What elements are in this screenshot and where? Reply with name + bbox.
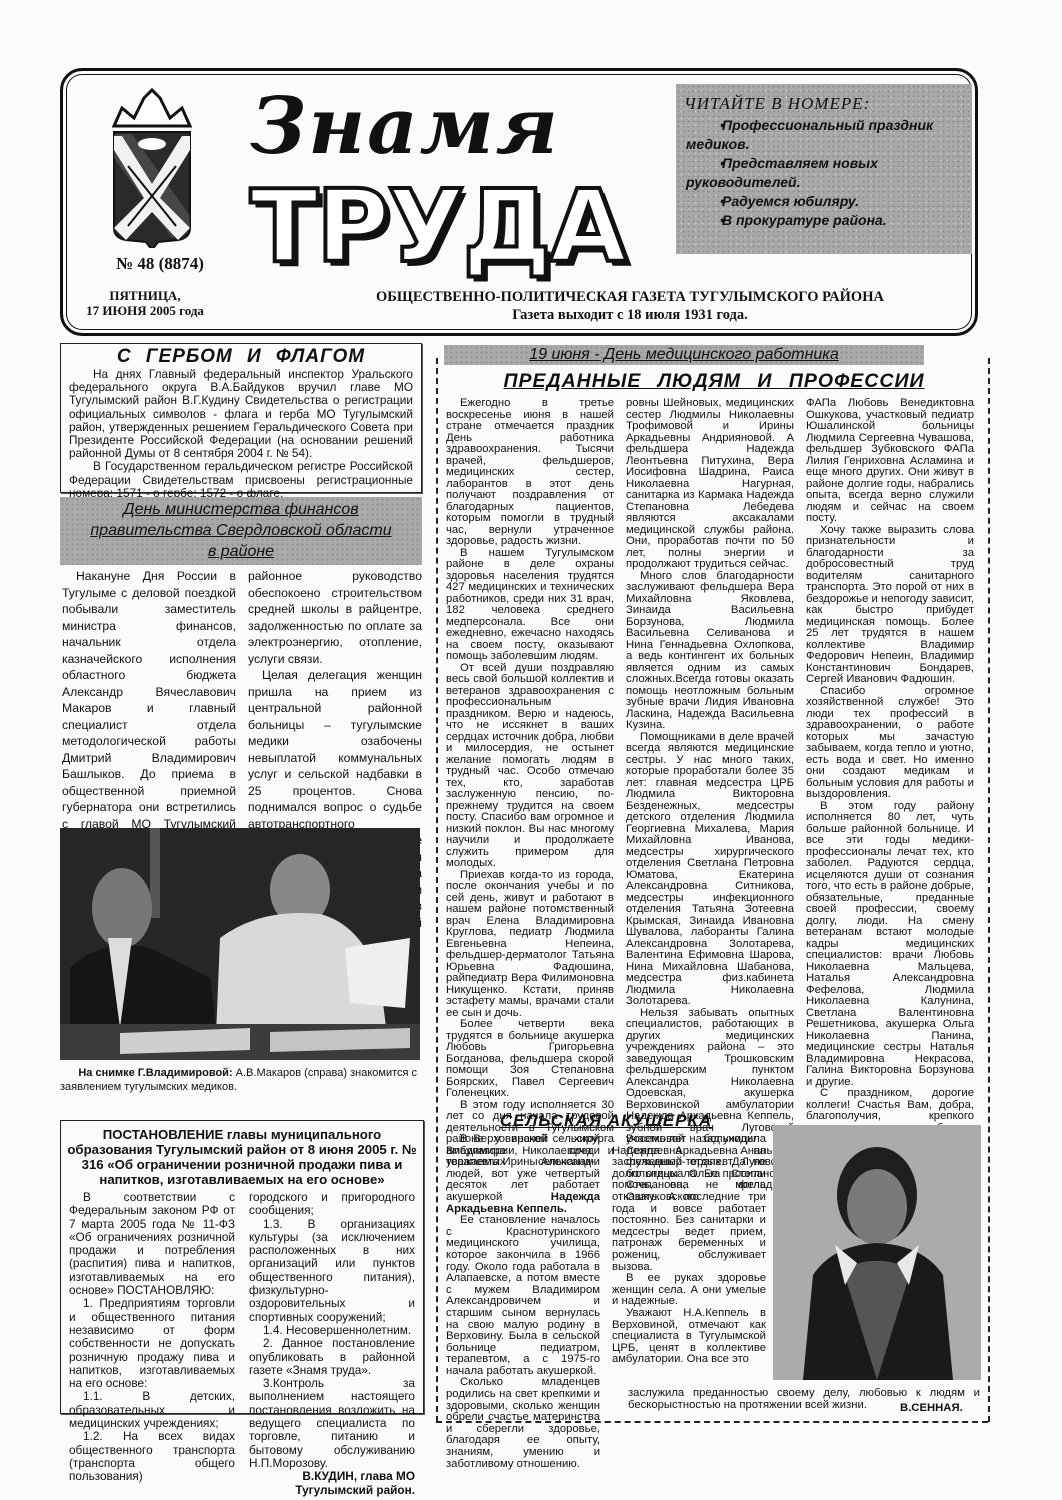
caption-credit: На снимке Г.Владимировой: — [78, 1067, 232, 1079]
coat-of-arms-icon — [92, 88, 212, 248]
weekday: ПЯТНИЦА, — [60, 288, 230, 303]
newspaper-title-block: ТРУДА — [250, 172, 625, 282]
paragraph: 2. Данное постановление опубликовать в р… — [249, 1337, 415, 1377]
founded-line: Газета выходит с 18 июля 1931 года. — [330, 306, 930, 324]
paragraph: 1.4. Несовершеннолетним. — [249, 1324, 415, 1337]
resolution-title: ПОСТАНОВЛЕНИЕ главы муниципального образ… — [67, 1127, 417, 1187]
in-this-issue-title: ЧИТАЙТЕ В НОМЕРЕ: — [676, 84, 972, 116]
paragraph: От всей души поздравляю весь свой большо… — [446, 663, 614, 870]
issue-number: № 48 (8874) — [60, 254, 260, 274]
in-this-issue-item[interactable]: Представляем новых руководителей. — [686, 154, 964, 192]
paragraph: Ежегодно в третье воскресенье июня в наш… — [446, 398, 614, 548]
title-line: День министерства финансов — [123, 501, 358, 518]
column: Восемь лет назад уходила Надежда Аркадье… — [612, 1134, 766, 1470]
in-this-issue-item[interactable]: Профессиональный праздник медиков. — [686, 116, 964, 154]
column: В соответствии с Федеральным законом РФ … — [69, 1191, 235, 1497]
paragraph: 1.3. В организациях культуры (за исключе… — [249, 1218, 415, 1324]
column: ФАПа Любовь Венедиктовна Ошкукова, участ… — [806, 398, 974, 1203]
date: 17 ИЮНЯ 2005 года — [60, 303, 230, 318]
in-this-issue-item[interactable]: В прокуратуре района. — [686, 211, 964, 230]
article-author: В.СЕННАЯ. — [900, 1402, 963, 1414]
paragraph: городского и пригородного сообщения; — [249, 1191, 415, 1218]
medical-article-title: ПРЕДАННЫЕ ЛЮДЯМ И ПРОФЕССИИ — [444, 370, 984, 393]
paragraph: Более четверти века трудятся в больнице … — [446, 1019, 614, 1100]
paragraph: 1. Предприятиям торговли и общественного… — [69, 1297, 235, 1390]
photo-officials-at-desk — [60, 828, 420, 1060]
paragraph: Хочу также выразить слова признательност… — [806, 525, 974, 686]
in-this-issue-box: ЧИТАЙТЕ В НОМЕРЕ: Профессиональный празд… — [676, 84, 972, 254]
column: городского и пригородного сообщения; 1.3… — [249, 1191, 415, 1497]
photo-caption: На снимке Г.Владимировой: А.В.Макаров (с… — [60, 1066, 422, 1094]
paragraph: 3.Контроль за выполнением настоящего пос… — [249, 1377, 415, 1470]
paragraph: Сколько младенцев родились на свет крепк… — [446, 1377, 600, 1470]
article-title: С ГЕРБОМ И ФЛАГОМ — [61, 346, 421, 368]
paragraph: Много слов благодарности заслуживают фел… — [626, 571, 794, 732]
coat-article: С ГЕРБОМ И ФЛАГОМ На днях Главный федера… — [60, 343, 422, 493]
paragraph: В этом году району исполняется 80 лет, ч… — [806, 801, 974, 1089]
medical-article-body: Ежегодно в третье воскресенье июня в наш… — [446, 398, 976, 1203]
newspaper-title-script: Знамя — [250, 82, 560, 172]
signature: Тугулымский район. — [249, 1484, 415, 1497]
paragraph: Приехав когда-то из города, после оконча… — [446, 870, 614, 1020]
medical-kicker: 19 июня - День медицинского работника — [444, 345, 924, 365]
article-body: На днях Главный федеральный инспектор Ур… — [61, 368, 421, 500]
resolution-box: ПОСТАНОВЛЕНИЕ главы муниципального образ… — [60, 1120, 424, 1414]
dashed-frame-bottom — [436, 1421, 988, 1423]
column: ровны Шейновых, медицинских сестер Людми… — [626, 398, 794, 1203]
paragraph: Уважают Н.А.Кеппель в Верховиной, отмеча… — [612, 1308, 766, 1366]
paragraph: Ее становление началось с Краснотуринско… — [446, 1215, 600, 1377]
paragraph: В соответствии с Федеральным законом РФ … — [69, 1191, 235, 1297]
subtitle-line: ОБЩЕСТВЕННО-ПОЛИТИЧЕСКАЯ ГАЗЕТА ТУГУЛЫМС… — [330, 288, 930, 306]
rural-article-body: В Верховинской сельской амбулатории, сре… — [446, 1134, 766, 1470]
signature: В.КУДИН, глава МО — [249, 1470, 415, 1483]
paragraph: На днях Главный федеральный инспектор Ур… — [69, 368, 413, 460]
in-this-issue-item[interactable]: Радуемся юбиляру. — [686, 192, 964, 211]
paragraph: В нашем Тугулымском районе в деле охраны… — [446, 548, 614, 663]
title-line: правительства Свердловской области — [90, 522, 391, 539]
column: Ежегодно в третье воскресенье июня в наш… — [446, 398, 614, 1203]
rural-article-title: СЕЛЬСКАЯ АКУШЕРКА — [446, 1111, 766, 1131]
in-this-issue-list: Профессиональный праздник медиков. Предс… — [676, 116, 972, 230]
resolution-body: В соответствии с Федеральным законом РФ … — [61, 1191, 423, 1497]
paragraph: Помощниками в деле врачей всегда являютс… — [626, 732, 794, 1008]
paragraph: ровны Шейновых, медицинских сестер Людми… — [626, 398, 794, 571]
paragraph: районное руководство обеспокоено строите… — [248, 568, 422, 667]
paragraph: Восемь лет назад уходила Надежда Аркадье… — [612, 1134, 766, 1273]
paragraph: 1.1. В детских, образовательных и медици… — [69, 1390, 235, 1430]
photo-midwife-portrait — [773, 1125, 981, 1380]
column: В Верховинской сельской амбулатории, сре… — [446, 1134, 600, 1470]
paragraph: В ее руках здоровье женщин села. А они у… — [612, 1273, 766, 1308]
paragraph: ФАПа Любовь Венедиктовна Ошкукова, участ… — [806, 398, 974, 525]
title-line: в районе — [208, 543, 274, 560]
paragraph: 1.2. На всех видах общественного транспо… — [69, 1430, 235, 1483]
newspaper-subtitle: ОБЩЕСТВЕННО-ПОЛИТИЧЕСКАЯ ГАЗЕТА ТУГУЛЫМС… — [330, 288, 930, 324]
paragraph: В Государственном геральдическом регистр… — [69, 460, 413, 500]
finance-article-title: День министерства финансов правительства… — [60, 497, 422, 565]
kicker-text: 19 июня - День медицинского работника — [529, 346, 839, 363]
issue-date: ПЯТНИЦА, 17 ИЮНЯ 2005 года — [60, 288, 230, 318]
paragraph: Спасибо огромное хозяйственной службе! Э… — [806, 686, 974, 801]
paragraph: В Верховинской сельской амбулатории, сре… — [446, 1134, 600, 1215]
